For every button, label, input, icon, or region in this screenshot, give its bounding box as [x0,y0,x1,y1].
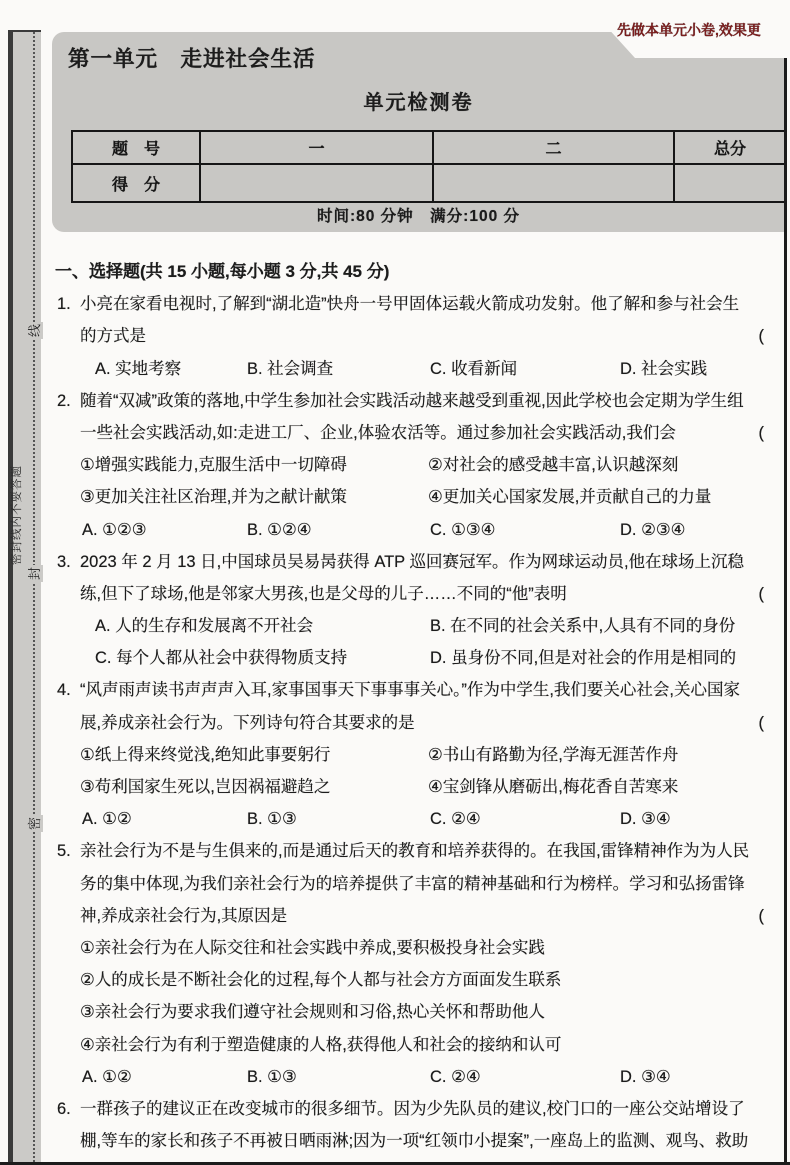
sub-option-1: ①纸上得来终觉浅,绝知此事要躬行 [80,739,428,771]
edge-note: 先做本单元小卷,效果更 [617,20,761,40]
question-5-suboption-1: ①亲社会行为在人际交往和社会实践中养成,要积极投身社会实践 [55,932,790,964]
question-5-line-1: 5. 亲社会行为不是与生俱来的,而是通过后天的教育和培养获得的。在我国,雷锋精神… [55,835,790,867]
answer-bracket: ( [759,900,765,932]
question-5-line-2: 务的集中体现,为我们亲社会行为的培养提供了丰富的精神基础和行为榜样。学习和弘扬雷… [55,868,790,900]
option-d: D. ③④ [620,803,790,835]
sub-option-4: ④亲社会行为有利于塑造健康的人格,获得他人和社会的接纳和认可 [80,1036,561,1054]
seal-line-gutter: 线 封 密 [8,30,41,1162]
question-3-number: 3. [57,546,71,578]
sub-option-3: ③亲社会行为要求我们遵守社会规则和习俗,热心关怀和帮助他人 [80,1003,545,1021]
question-4-text: “风声雨声读书声声声入耳,家事国事天下事事事关心。”作为中学生,我们要关心社会,… [80,681,740,699]
question-2-suboptions-row-2: ③更加关注社区治理,并为之献计献策 ④更加关心国家发展,并贡献自己的力量 [55,481,790,513]
score-cell-empty [674,164,786,202]
score-header-timu: 题 号 [72,131,200,164]
question-3-text: 2023 年 2 月 13 日,中国球员吴易昺获得 ATP 巡回赛冠军。作为网球… [80,553,744,571]
question-4-line-1: 4. “风声雨声读书声声声入耳,家事国事天下事事事关心。”作为中学生,我们要关心… [55,674,790,706]
option-d: D. ②③④ [620,514,790,546]
answer-bracket: ( [759,707,765,739]
question-3-line-1: 3. 2023 年 2 月 13 日,中国球员吴易昺获得 ATP 巡回赛冠军。作… [55,546,790,578]
question-2-answers: A. ①②③ B. ①②④ C. ①③④ D. ②③④ [55,514,790,546]
corner-tab: 先做本单元小卷,效果更 [595,14,785,58]
question-6-text: 棚,等车的家长和孩子不再被日晒雨淋;因为一项“红领巾小提案”,一座岛上的监测、观… [80,1132,748,1150]
option-c: C. ①③④ [430,514,620,546]
option-b: B. ①②④ [247,514,430,546]
sub-option-4: ④更加关心国家发展,并贡献自己的力量 [428,481,790,513]
answer-bracket: ( [759,320,765,352]
question-5-text: 神,养成亲社会行为,其原因是 [80,907,287,925]
question-2-suboptions-row-1: ①增强实践能力,克服生活中一切障碍 ②对社会的感受越丰富,认识越深刻 [55,449,790,481]
option-c: C. 收看新闻 [430,353,620,385]
sub-option-4: ④宝剑锋从磨砺出,梅花香自苦寒来 [428,771,790,803]
score-cell-empty [200,164,433,202]
question-4-suboptions-row-2: ③苟利国家生死以,岂因祸福避趋之 ④宝剑锋从磨砺出,梅花香自苦寒来 [55,771,790,803]
sub-option-2: ②对社会的感受越丰富,认识越深刻 [428,449,790,481]
answer-bracket: ( [759,417,765,449]
score-table-header-row: 题 号 一 二 总分 [72,131,786,164]
question-2-number: 2. [57,385,71,417]
question-5-line-3: 神,养成亲社会行为,其原因是 ( [55,900,790,932]
question-6-line-2: 棚,等车的家长和孩子不再被日晒雨淋;因为一项“红领巾小提案”,一座岛上的监测、观… [55,1125,790,1157]
score-cell-empty [433,164,674,202]
seal-char-feng: 封 [26,565,43,582]
score-header-total: 总分 [674,131,786,164]
question-1-options: A. 实地考察 B. 社会调查 C. 收看新闻 D. 社会实践 [55,353,790,385]
option-b: B. 社会调查 [247,353,430,385]
sub-option-1: ①增强实践能力,克服生活中一切障碍 [80,449,428,481]
question-5-suboption-2: ②人的成长是不断社会化的过程,每个人都与社会方方面面发生联系 [55,964,790,996]
option-d: D. 虽身份不同,但是对社会的作用是相同的 [430,642,790,674]
answer-bracket: ( [759,578,765,610]
option-a: A. ①② [82,1061,247,1093]
section-title: 一、选择题(共 15 小题,每小题 3 分,共 45 分) [55,256,790,288]
score-row-label: 得 分 [72,164,200,202]
score-table: 题 号 一 二 总分 得 分 [71,130,787,203]
question-2-line-2: 一些社会实践活动,如:走进工厂、企业,体验农活等。通过参加社会实践活动,我们会 … [55,417,790,449]
question-5-suboption-3: ③亲社会行为要求我们遵守社会规则和习俗,热心关怀和帮助他人 [55,996,790,1028]
option-c: C. ②④ [430,1061,620,1093]
page-right-frame-line [784,58,787,1165]
question-5-text: 务的集中体现,为我们亲社会行为的培养提供了丰富的精神基础和行为榜样。学习和弘扬雷… [80,875,745,893]
seal-dotted-line [33,32,35,1162]
option-c: C. ②④ [430,803,620,835]
option-d: D. 社会实践 [620,353,790,385]
question-2-text: 随着“双减”政策的落地,中学生参加社会实践活动越来越受到重视,因此学校也会定期为… [80,392,744,410]
question-6-number: 6. [57,1093,71,1125]
option-a: A. 实地考察 [95,353,247,385]
option-b: B. 在不同的社会关系中,人具有不同的身份 [430,610,790,642]
question-3-text: 练,但下了球场,他是邻家大男孩,也是父母的儿子……不同的“他”表明 [80,585,567,603]
question-2-line-1: 2. 随着“双减”政策的落地,中学生参加社会实践活动越来越受到重视,因此学校也会… [55,385,790,417]
sub-option-2: ②书山有路勤为径,学海无涯苦作舟 [428,739,790,771]
question-3-options-row-2: C. 每个人都从社会中获得物质支持 D. 虽身份不同,但是对社会的作用是相同的 [55,642,790,674]
question-5-answers: A. ①② B. ①③ C. ②④ D. ③④ [55,1061,790,1093]
question-4-number: 4. [57,674,71,706]
option-d: D. ③④ [620,1061,790,1093]
option-c: C. 每个人都从社会中获得物质支持 [95,642,430,674]
option-a: A. 人的生存和发展离不开社会 [95,610,430,642]
question-1-line-1: 1. 小亮在家看电视时,了解到“湖北造”快舟一号甲固体运载火箭成功发射。他了解和… [55,288,790,320]
question-4-answers: A. ①② B. ①③ C. ②④ D. ③④ [55,803,790,835]
sub-option-1: ①亲社会行为在人际交往和社会实践中养成,要积极投身社会实践 [80,939,545,957]
option-a: A. ①②③ [82,514,247,546]
question-6-line-1: 6. 一群孩子的建议正在改变城市的很多细节。因为少先队员的建议,校门口的一座公交… [55,1093,790,1125]
question-4-text: 展,养成亲社会行为。下列诗句符合其要求的是 [80,714,415,732]
seal-char-xian: 线 [26,322,43,339]
question-4-line-2: 展,养成亲社会行为。下列诗句符合其要求的是 ( [55,707,790,739]
option-b: B. ①③ [247,1061,430,1093]
time-note: 时间:80 分钟 满分:100 分 [52,204,785,226]
question-1-text: 的方式是 [80,327,146,345]
question-1-text: 小亮在家看电视时,了解到“湖北造”快舟一号甲固体运载火箭成功发射。他了解和参与社… [80,295,739,313]
question-1-line-2: 的方式是 ( [55,320,790,352]
question-5-number: 5. [57,835,71,867]
score-table-score-row: 得 分 [72,164,786,202]
option-b: B. ①③ [247,803,430,835]
header-box: 先做本单元小卷,效果更 第一单元 走进社会生活 单元检测卷 题 号 一 二 总分… [52,32,785,232]
exam-paper-page: 线 封 密 密封线内不要答题 先做本单元小卷,效果更 第一单元 走进社会生活 单… [0,0,790,1165]
sub-option-2: ②人的成长是不断社会化的过程,每个人都与社会方方面面发生联系 [80,971,561,989]
question-1-number: 1. [57,288,71,320]
question-3-line-2: 练,但下了球场,他是邻家大男孩,也是父母的儿子……不同的“他”表明 ( [55,578,790,610]
question-3-options-row-1: A. 人的生存和发展离不开社会 B. 在不同的社会关系中,人具有不同的身份 [55,610,790,642]
question-4-suboptions-row-1: ①纸上得来终觉浅,绝知此事要躬行 ②书山有路勤为径,学海无涯苦作舟 [55,739,790,771]
seal-char-mi: 密 [26,815,43,832]
option-a: A. ①② [82,803,247,835]
unit-title: 第一单元 走进社会生活 [68,42,316,73]
question-6-text: 一群孩子的建议正在改变城市的很多细节。因为少先队员的建议,校门口的一座公交站增设… [80,1100,745,1118]
paper-title: 单元检测卷 [52,86,785,115]
question-5-text: 亲社会行为不是与生俱来的,而是通过后天的教育和培养获得的。在我国,雷锋精神作为为… [80,842,749,860]
question-5-suboption-4: ④亲社会行为有利于塑造健康的人格,获得他人和社会的接纳和认可 [55,1029,790,1061]
sub-option-3: ③苟利国家生死以,岂因祸福避趋之 [80,771,428,803]
question-area: 一、选择题(共 15 小题,每小题 3 分,共 45 分) 1. 小亮在家看电视… [55,256,790,1157]
score-header-one: 一 [200,131,433,164]
score-header-two: 二 [433,131,674,164]
seal-note: 密封线内不要答题 [8,463,22,567]
sub-option-3: ③更加关注社区治理,并为之献计献策 [80,481,428,513]
question-2-text: 一些社会实践活动,如:走进工厂、企业,体验农活等。通过参加社会实践活动,我们会 [80,424,676,442]
